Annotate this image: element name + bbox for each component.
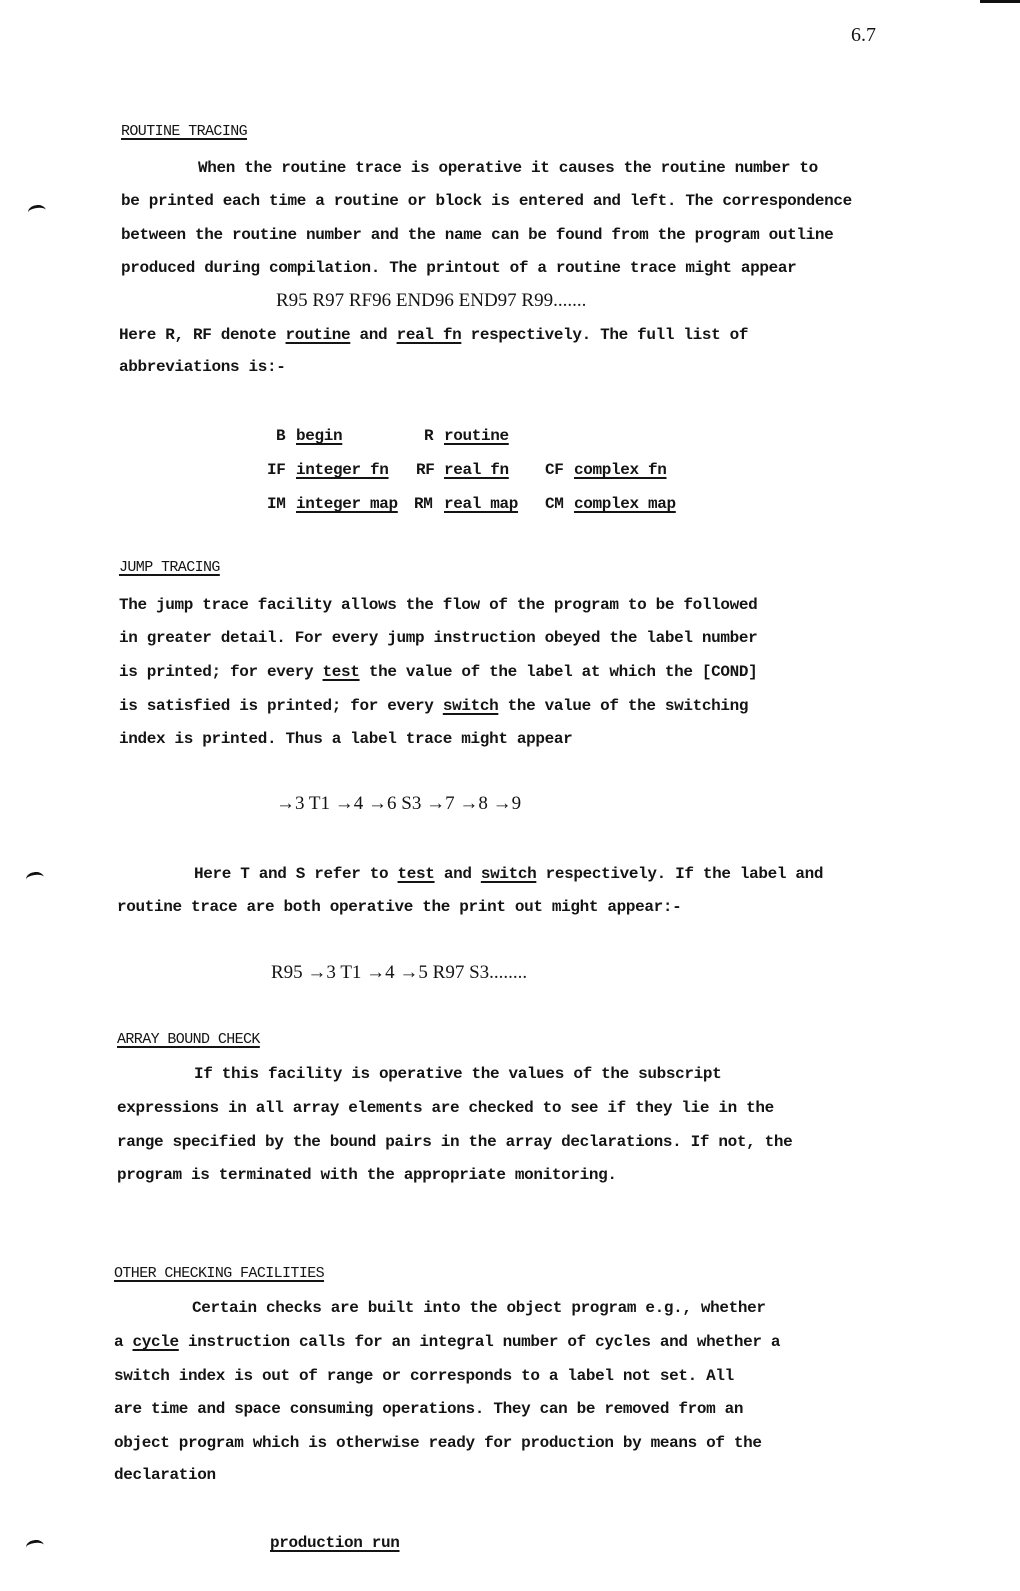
abbr-name: routine [444,426,509,446]
paragraph-line: program is terminated with the appropria… [117,1165,617,1185]
abbr-name: integer map [296,494,398,514]
paragraph-line: expressions in all array elements are ch… [117,1098,774,1118]
section-heading-jump-tracing: JUMP TRACING [119,558,220,578]
text: and [435,865,481,883]
paragraph-line: produced during compilation. The printou… [121,258,796,278]
paragraph-line: object program which is otherwise ready … [114,1433,762,1453]
text: a [114,1333,133,1351]
declaration-production-run: production run [270,1533,400,1553]
paragraph-line: declaration [114,1465,216,1485]
keyword-real-fn: real fn [397,326,462,344]
abbr-name: real map [444,494,518,514]
paragraph-line: is satisfied is printed; for every switc… [119,696,748,716]
paragraph-line: is printed; for every test the value of … [119,662,757,682]
text: is printed; for every [119,663,323,681]
section-heading-other-checking-facilities: OTHER CHECKING FACILITIES [114,1264,324,1284]
keyword-switch: switch [443,697,499,715]
paragraph-line: routine trace are both operative the pri… [117,897,681,917]
paragraph-line: abbreviations is:- [119,357,286,377]
label-trace-example: →3 T1 →4 →6 S3 →7 →8 →9 [276,793,521,815]
abbr-name: complex fn [574,460,667,480]
text: and [350,326,396,344]
text: is satisfied is printed; for every [119,697,443,715]
text: the value of the switching [498,697,748,715]
abbr-code: B [276,426,285,446]
text: respectively. If the label and [536,865,823,883]
paragraph-line: Certain checks are built into the object… [192,1298,766,1318]
abbr-name: real fn [444,460,509,480]
paragraph-line: The jump trace facility allows the flow … [119,595,757,615]
page-edge-mark [980,0,1020,3]
margin-mark [25,1539,45,1554]
paragraph-line: range specified by the bound pairs in th… [117,1132,792,1152]
abbr-code: IF [267,460,286,480]
combined-trace-example: R95 →3 T1 →4 →5 R97 S3........ [271,962,527,984]
abbr-code: CF [545,460,564,480]
paragraph-line: When the routine trace is operative it c… [198,158,818,178]
keyword-test: test [323,663,360,681]
abbr-name: begin [296,426,342,446]
paragraph-line: Here T and S refer to test and switch re… [194,864,823,884]
paragraph-line: Here R, RF denote routine and real fn re… [119,325,748,345]
abbr-code: RF [416,460,435,480]
text: instruction calls for an integral number… [179,1333,780,1351]
margin-mark [27,204,47,219]
paragraph-line: in greater detail. For every jump instru… [119,628,757,648]
paragraph-line: switch index is out of range or correspo… [114,1366,734,1386]
keyword-test: test [398,865,435,883]
routine-trace-example: R95 R97 RF96 END96 END97 R99....... [276,290,586,312]
text: Here R, RF denote [119,326,286,344]
text: Here T and S refer to [194,865,398,883]
abbr-code: CM [545,494,564,514]
keyword-routine: routine [286,326,351,344]
paragraph-line: are time and space consuming operations.… [114,1399,743,1419]
section-heading-array-bound-check: ARRAY BOUND CHECK [117,1030,260,1050]
paragraph-line: If this facility is operative the values… [194,1064,721,1084]
abbr-code: R [424,426,433,446]
abbr-code: IM [267,494,286,514]
keyword-cycle: cycle [133,1333,179,1351]
abbr-name: integer fn [296,460,389,480]
paragraph-line: index is printed. Thus a label trace mig… [119,729,572,749]
section-heading-routine-tracing: ROUTINE TRACING [121,122,247,142]
text: the value of the label at which the [CON… [360,663,758,681]
keyword-switch: switch [481,865,537,883]
paragraph-line: between the routine number and the name … [121,225,833,245]
page-number: 6.7 [851,24,876,47]
paragraph-line: be printed each time a routine or block … [121,191,852,211]
margin-mark [25,871,45,886]
paragraph-line: a cycle instruction calls for an integra… [114,1332,780,1352]
text: respectively. The full list of [461,326,748,344]
abbr-name: complex map [574,494,676,514]
abbr-code: RM [414,494,433,514]
